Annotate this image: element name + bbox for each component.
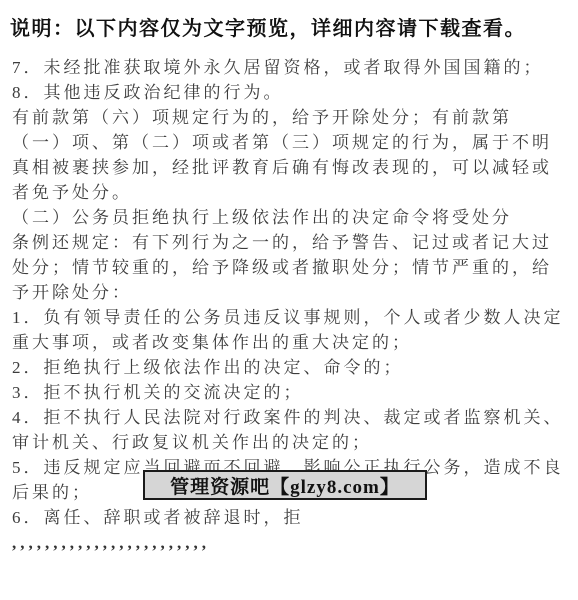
text-line: 7．未经批准获取境外永久居留资格，或者取得外国国籍的；: [12, 55, 572, 80]
text-line: 审计机关、行政复议机关作出的决定的；: [12, 430, 572, 455]
text-line: 1．负有领导责任的公务员违反议事规则，个人或者少数人决定: [12, 305, 572, 330]
text-line: 真相被裹挟参加，经批评教育后确有悔改表现的，可以减轻或: [12, 155, 572, 180]
truncation-dots: ,,,,,,,,,,,,,,,,,,,,,,,,: [12, 530, 572, 555]
text-line: 2．拒绝执行上级依法作出的决定、命令的；: [12, 355, 572, 380]
text-line: 有前款第（六）项规定行为的，给予开除处分；有前款第: [12, 105, 572, 130]
text-line: 8．其他违反政治纪律的行为。: [12, 80, 572, 105]
document-preview-page: { "page": { "background": "#ffffff", "bo…: [0, 0, 578, 600]
text-line: 条例还规定：有下列行为之一的，给予警告、记过或者记大过: [12, 230, 572, 255]
text-line: 予开除处分：: [12, 280, 572, 305]
text-line: 6．离任、辞职或者被辞退时，拒: [12, 505, 572, 530]
text-line: 重大事项，或者改变集体作出的重大决定的；: [12, 330, 572, 355]
watermark-badge: 管理资源吧【glzy8.com】: [143, 470, 427, 500]
text-line: （一）项、第（二）项或者第（三）项规定的行为，属于不明: [12, 130, 572, 155]
text-line: （二）公务员拒绝执行上级依法作出的决定命令将受处分: [12, 205, 572, 230]
text-line: 3．拒不执行机关的交流决定的；: [12, 380, 572, 405]
text-line: 者免予处分。: [12, 180, 572, 205]
text-line: 4．拒不执行人民法院对行政案件的判决、裁定或者监察机关、: [12, 405, 572, 430]
text-line: 处分；情节较重的，给予降级或者撤职处分；情节严重的，给: [12, 255, 572, 280]
preview-notice-header: 说明：以下内容仅为文字预览，详细内容请下载查看。: [10, 12, 526, 41]
